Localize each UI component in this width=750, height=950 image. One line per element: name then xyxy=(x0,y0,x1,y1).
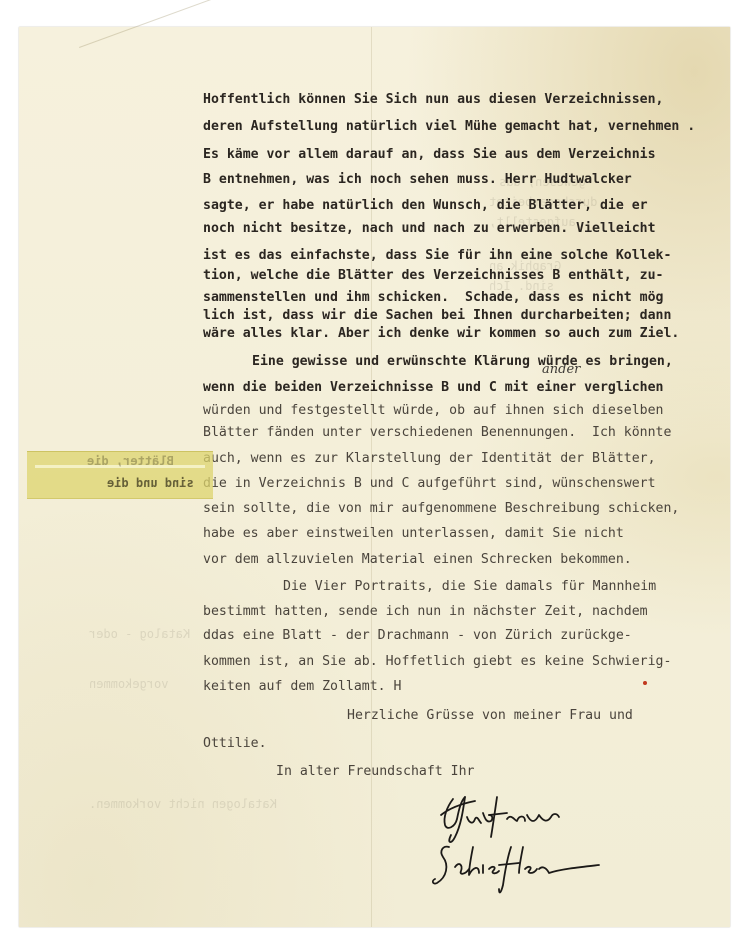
handwritten-annotation: ander xyxy=(542,362,580,377)
letter-line: wäre alles klar. Aber ich denke wir komm… xyxy=(203,326,679,342)
letter-line: Die Vier Portraits, die Sie damals für M… xyxy=(283,579,656,595)
letter-line: sammenstellen und ihm schicken. Schade, … xyxy=(203,290,664,306)
letter-page: gewesen, das durchgearbeitet aufgestellt… xyxy=(19,27,730,927)
letter-closing-line: Ottilie. xyxy=(203,736,267,752)
letter-line: lich ist, dass wir die Sachen bei Ihnen … xyxy=(203,308,671,324)
letter-line: B entnehmen, was ich noch sehen muss. He… xyxy=(203,172,632,188)
letter-line: ist es das einfachste, dass Sie für ihn … xyxy=(203,248,671,264)
letter-line: Es käme vor allem darauf an, dass Sie au… xyxy=(203,147,656,163)
bleed-through-text: Katalog - oder xyxy=(89,627,190,641)
letter-line: habe es aber einstweilen unterlassen, da… xyxy=(203,526,624,542)
tape-mirrored-text: Blätter, die xyxy=(87,454,174,468)
letter-line: tion, welche die Blätter des Verzeichnis… xyxy=(203,268,664,284)
letter-line: kommen ist, an Sie ab. Hoffetlich giebt … xyxy=(203,654,671,670)
letter-line: ddas eine Blatt - der Drachmann - von Zü… xyxy=(203,628,632,644)
letter-line: Hoffentlich können Sie Sich nun aus dies… xyxy=(203,92,664,108)
letter-line: noch nicht besitze, nach und nach zu erw… xyxy=(203,221,656,237)
bleed-through-text: vorgekommen xyxy=(89,677,168,691)
letter-line: würden und festgestellt würde, ob auf ih… xyxy=(203,403,664,419)
letter-line: deren Aufstellung natürlich viel Mühe ge… xyxy=(203,119,695,135)
handwritten-signature xyxy=(421,785,611,900)
letter-line: sein sollte, die von mir aufgenommene Be… xyxy=(203,501,679,517)
letter-closing-line: Herzliche Grüsse von meiner Frau und xyxy=(347,708,633,724)
bleed-through-text: Katalogen nicht vorkommen. xyxy=(89,797,277,811)
letter-line: bestimmt hatten, sende ich nun in nächst… xyxy=(203,604,648,620)
letter-line: wenn die beiden Verzeichnisse B und C mi… xyxy=(203,380,664,396)
letter-valediction: In alter Freundschaft Ihr xyxy=(276,764,475,780)
tape-mirrored-text: sind und die xyxy=(107,476,194,490)
letter-line: keiten auf dem Zollamt. H xyxy=(203,679,402,695)
adhesive-tape-strip: Blätter, die sind und die xyxy=(27,451,213,499)
letter-line: vor dem allzuvielen Material einen Schre… xyxy=(203,552,632,568)
red-ink-mark xyxy=(643,681,647,685)
letter-line: Eine gewisse und erwünschte Klärung würd… xyxy=(252,354,673,370)
letter-line: Blätter fänden unter verschiedenen Benen… xyxy=(203,425,671,441)
letter-line: sagte, er habe natürlich den Wunsch, die… xyxy=(203,198,648,214)
paper-diagonal-crease xyxy=(79,0,380,48)
letter-line: auch, wenn es zur Klarstellung der Ident… xyxy=(203,451,656,467)
letter-line: die in Verzeichnis B und C aufgeführt si… xyxy=(203,476,656,492)
